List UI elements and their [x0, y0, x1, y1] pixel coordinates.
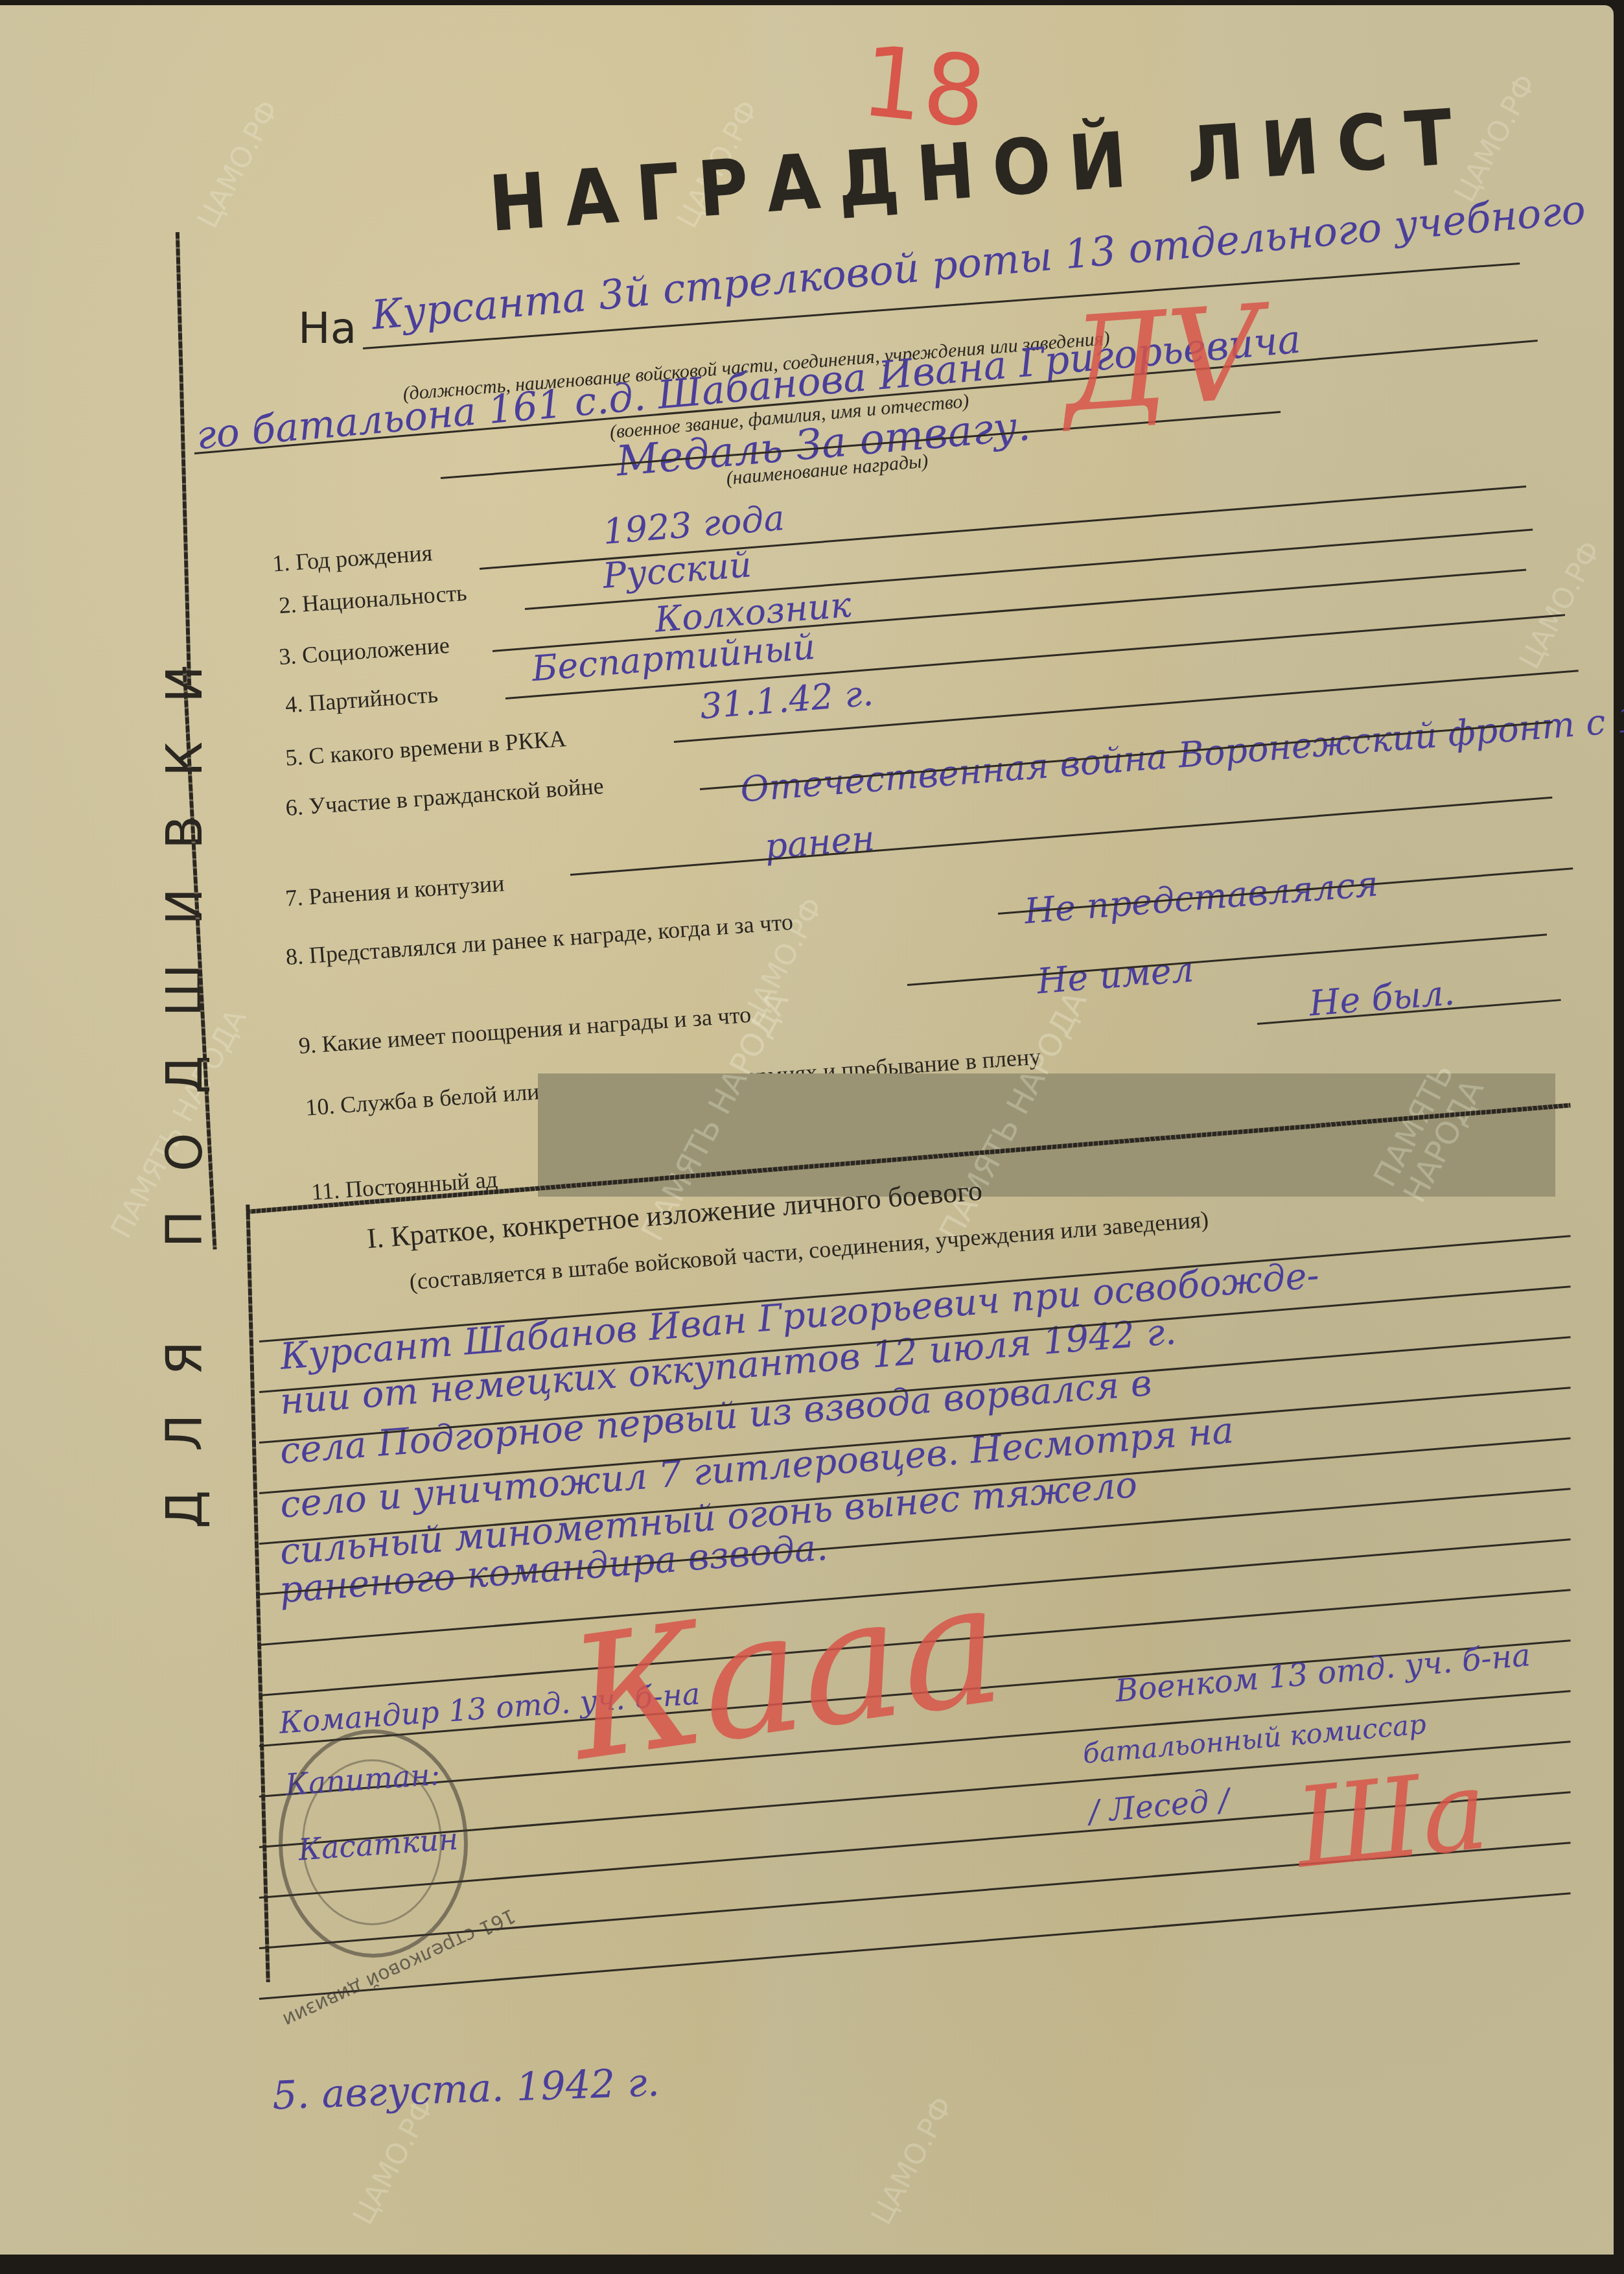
field-value: 1923 года	[601, 497, 786, 552]
field-label: 4. Партийность	[284, 681, 439, 718]
field-value: Русский	[601, 544, 753, 596]
document-page: ЦАМО.РФ ЦАМО.РФ ЦАМО.РФ ЦАМО.РФ ЦАМО.РФ …	[0, 5, 1614, 2255]
to-label: На	[298, 303, 356, 353]
field-label: 8. Представлялся ли ранее к награде, ког…	[284, 908, 793, 971]
red-approval-mark: ДV	[1058, 277, 1267, 442]
margin-line	[176, 232, 191, 686]
field-label: 2. Национальность	[278, 579, 468, 619]
watermark: ЦАМО.РФ	[1513, 535, 1608, 674]
field-label: 7. Ранения и контузии	[284, 869, 505, 912]
commissar-name: / Лесед /	[1087, 1782, 1231, 1831]
field-label: 5. С какого времени в РККА	[284, 725, 567, 771]
document-date: 5. августа. 1942 г.	[272, 2060, 660, 2119]
rule	[570, 797, 1553, 876]
field-label: 3. Социоложение	[278, 631, 450, 670]
watermark: ЦАМО.РФ	[865, 2091, 960, 2230]
round-stamp	[279, 1729, 468, 1958]
field-value: Не был.	[1308, 972, 1456, 1024]
field-label: 6. Участие в гражданской войне	[284, 772, 605, 821]
field-value: ранен	[763, 817, 876, 867]
watermark: ЦАМО.РФ	[191, 95, 286, 233]
red-signature-commissar: Ша	[1290, 1746, 1493, 1893]
field-label: 1. Год рождения	[272, 539, 434, 577]
field-label: 9. Какие имеет поощрения и награды и за …	[297, 1001, 752, 1060]
watermark: ПАМЯТЬ НАРОДА	[1340, 1005, 1518, 1260]
